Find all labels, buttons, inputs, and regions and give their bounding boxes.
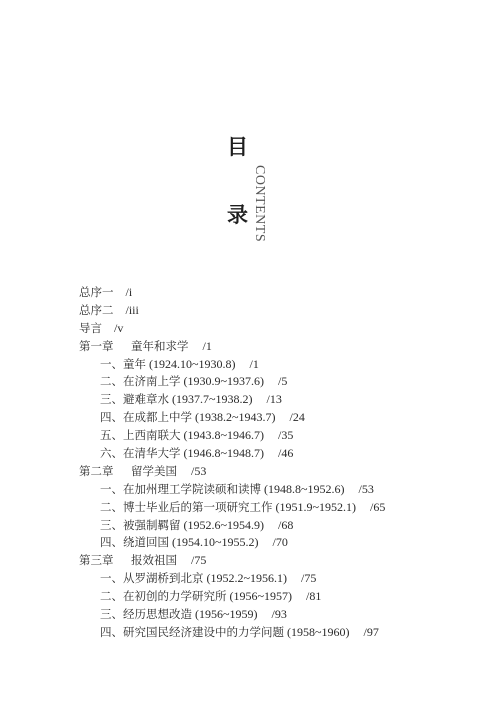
section-dates: (1946.8~1948.7) — [184, 446, 264, 460]
toc-heading: 目 录 CONTENTS — [0, 0, 500, 260]
section-dates: (1956~1957) — [230, 589, 292, 603]
page-number: /1 — [203, 339, 212, 353]
page-number: /1 — [249, 357, 258, 371]
section-title: 童年 — [123, 357, 146, 371]
section-number: 二、 — [100, 374, 123, 388]
heading-english-contents: CONTENTS — [252, 165, 266, 242]
table-of-contents: 总序一/i 总序二/iii 导言/v 第一章童年和求学/1 一、童年(1924.… — [79, 284, 479, 642]
page-number: /81 — [306, 589, 321, 603]
section-title: 博士毕业后的第一项研究工作 — [123, 500, 273, 514]
page-number: /iii — [126, 303, 139, 317]
section-number: 三、 — [100, 392, 123, 406]
toc-section[interactable]: 一、从罗湖桥到北京(1952.2~1956.1)/75 — [79, 570, 479, 588]
toc-section[interactable]: 五、上西南联大(1943.8~1946.7)/35 — [79, 427, 479, 445]
section-title: 避难章水 — [123, 392, 169, 406]
section-dates: (1958~1960) — [287, 625, 349, 639]
toc-entry-introduction[interactable]: 导言/v — [79, 320, 479, 338]
section-title: 绕道回国 — [123, 535, 169, 549]
page-number: /97 — [363, 625, 378, 639]
section-number: 四、 — [100, 625, 123, 639]
chapter-number: 第三章 — [79, 552, 131, 570]
chapter-title: 童年和求学 — [131, 338, 189, 356]
section-title: 从罗湖桥到北京 — [123, 571, 204, 585]
section-number: 四、 — [100, 410, 123, 424]
chapter-title: 留学美国 — [131, 463, 177, 481]
page-number: /68 — [278, 518, 293, 532]
section-title: 在济南上学 — [123, 374, 181, 388]
toc-section[interactable]: 二、在济南上学(1930.9~1937.6)/5 — [79, 373, 479, 391]
toc-chapter-2[interactable]: 第二章留学美国/53 — [79, 463, 479, 481]
chapter-number: 第一章 — [79, 338, 131, 356]
section-dates: (1948.8~1952.6) — [264, 482, 344, 496]
page-number: /93 — [271, 607, 286, 621]
entry-label: 总序二 — [79, 302, 114, 320]
page-number: /13 — [266, 392, 281, 406]
page-number: /70 — [272, 535, 287, 549]
section-title: 研究国民经济建设中的力学问题 — [123, 625, 284, 639]
toc-section[interactable]: 三、被强制羁留(1952.6~1954.9)/68 — [79, 517, 479, 535]
page-number: /75 — [301, 571, 316, 585]
section-dates: (1943.8~1946.7) — [184, 428, 264, 442]
page-number: /46 — [278, 446, 293, 460]
section-number: 三、 — [100, 518, 123, 532]
section-dates: (1956~1959) — [195, 607, 257, 621]
page-number: /65 — [370, 500, 385, 514]
section-dates: (1954.10~1955.2) — [172, 535, 258, 549]
section-number: 二、 — [100, 589, 123, 603]
section-number: 一、 — [100, 482, 123, 496]
entry-label: 总序一 — [79, 284, 114, 302]
toc-section[interactable]: 一、在加州理工学院读硕和读博(1948.8~1952.6)/53 — [79, 481, 479, 499]
heading-char-lu: 录 — [227, 204, 248, 225]
page-number: /35 — [278, 428, 293, 442]
toc-section[interactable]: 三、经历思想改造(1956~1959)/93 — [79, 606, 479, 624]
section-number: 六、 — [100, 446, 123, 460]
page-number: /24 — [289, 410, 304, 424]
page-number: /53 — [191, 464, 206, 478]
section-dates: (1930.9~1937.6) — [184, 374, 264, 388]
toc-chapter-1[interactable]: 第一章童年和求学/1 — [79, 338, 479, 356]
toc-entry-preface-2[interactable]: 总序二/iii — [79, 302, 479, 320]
toc-section[interactable]: 二、博士毕业后的第一项研究工作(1951.9~1952.1)/65 — [79, 499, 479, 517]
toc-section[interactable]: 四、研究国民经济建设中的力学问题(1958~1960)/97 — [79, 624, 479, 642]
section-number: 五、 — [100, 428, 123, 442]
toc-section[interactable]: 四、绕道回国(1954.10~1955.2)/70 — [79, 534, 479, 552]
heading-char-mu: 目 — [227, 136, 248, 157]
toc-chapter-3[interactable]: 第三章报效祖国/75 — [79, 552, 479, 570]
section-dates: (1938.2~1943.7) — [195, 410, 275, 424]
section-number: 二、 — [100, 500, 123, 514]
page-number: /i — [126, 285, 133, 299]
toc-entry-preface-1[interactable]: 总序一/i — [79, 284, 479, 302]
section-dates: (1924.10~1930.8) — [149, 357, 235, 371]
section-title: 在加州理工学院读硕和读博 — [123, 482, 261, 496]
toc-section[interactable]: 一、童年(1924.10~1930.8)/1 — [79, 356, 479, 374]
section-title: 在初创的力学研究所 — [123, 589, 227, 603]
chapter-number: 第二章 — [79, 463, 131, 481]
entry-label: 导言 — [79, 320, 102, 338]
section-title: 经历思想改造 — [123, 607, 192, 621]
section-number: 四、 — [100, 535, 123, 549]
section-dates: (1952.2~1956.1) — [207, 571, 287, 585]
section-number: 一、 — [100, 357, 123, 371]
section-title: 上西南联大 — [123, 428, 181, 442]
toc-section[interactable]: 二、在初创的力学研究所(1956~1957)/81 — [79, 588, 479, 606]
section-title: 被强制羁留 — [123, 518, 181, 532]
section-dates: (1951.9~1952.1) — [276, 500, 356, 514]
section-dates: (1937.7~1938.2) — [172, 392, 252, 406]
page-number: /5 — [278, 374, 287, 388]
toc-section[interactable]: 六、在清华大学(1946.8~1948.7)/46 — [79, 445, 479, 463]
section-dates: (1952.6~1954.9) — [184, 518, 264, 532]
section-number: 一、 — [100, 571, 123, 585]
toc-section[interactable]: 四、在成都上中学(1938.2~1943.7)/24 — [79, 409, 479, 427]
page-number: /v — [114, 321, 123, 335]
page-number: /75 — [191, 553, 206, 567]
section-title: 在清华大学 — [123, 446, 181, 460]
toc-section[interactable]: 三、避难章水(1937.7~1938.2)/13 — [79, 391, 479, 409]
section-number: 三、 — [100, 607, 123, 621]
chapter-title: 报效祖国 — [131, 552, 177, 570]
section-title: 在成都上中学 — [123, 410, 192, 424]
page-number: /53 — [358, 482, 373, 496]
